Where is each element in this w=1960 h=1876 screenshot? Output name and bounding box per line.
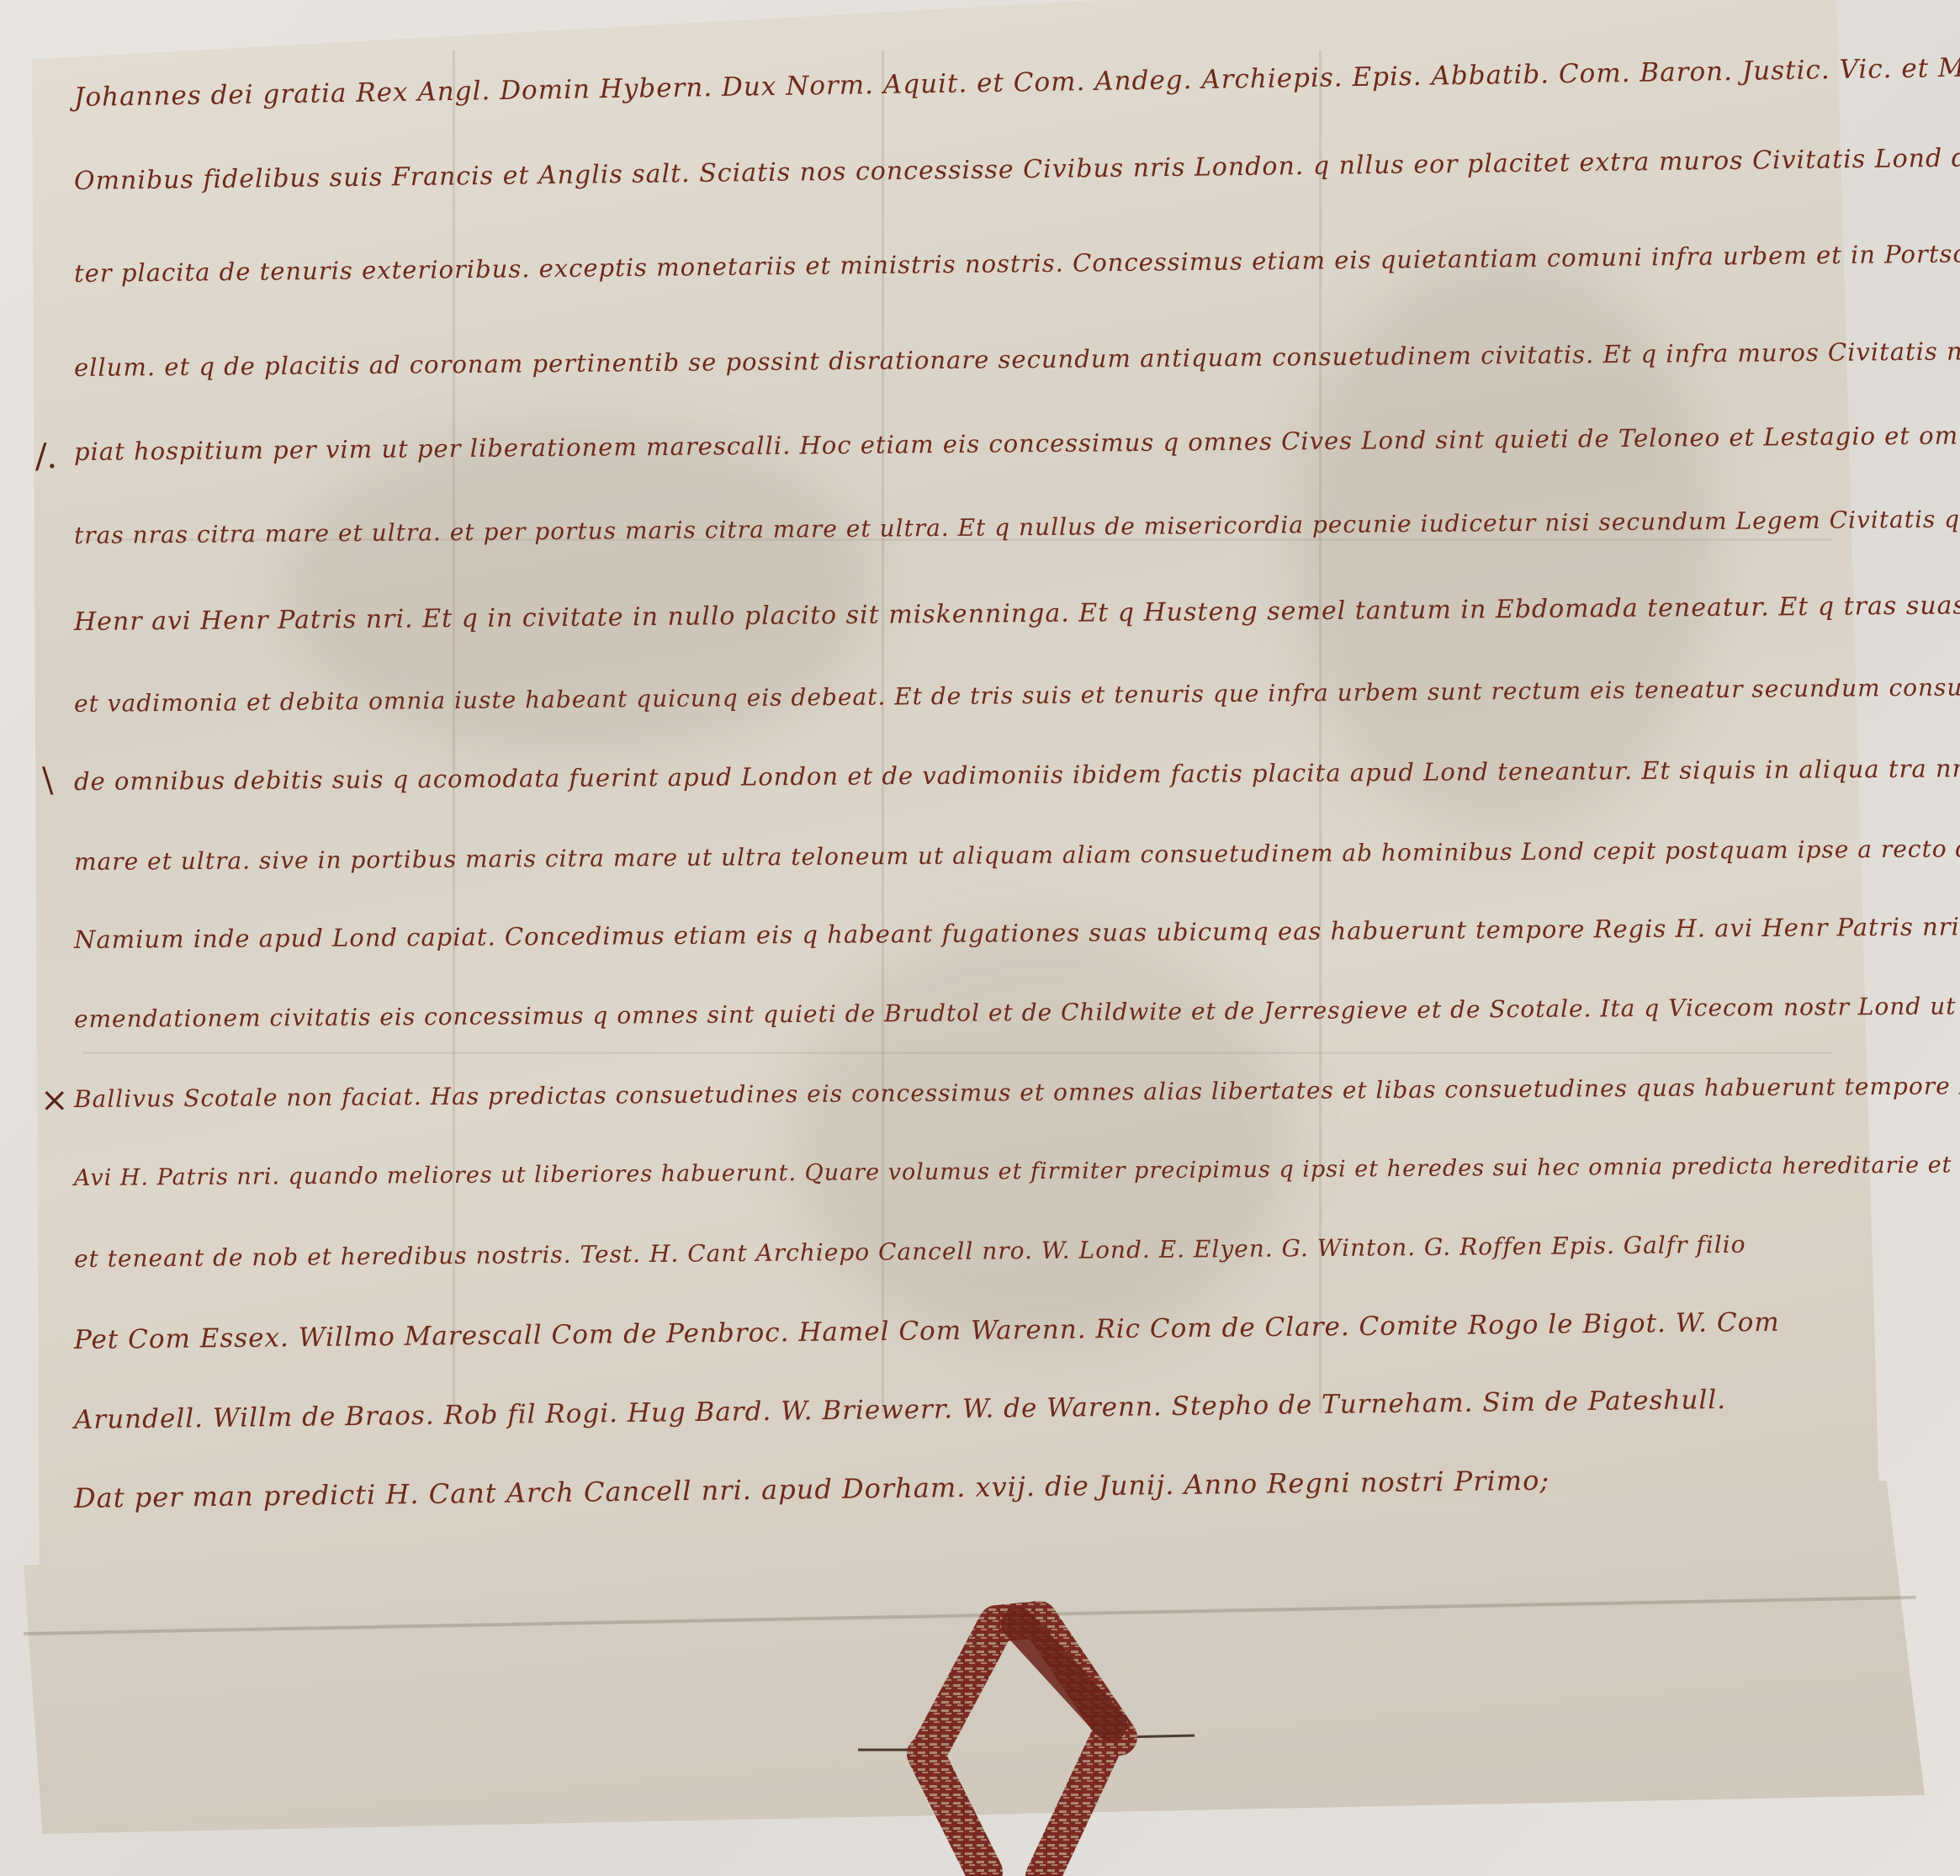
margin-mark: × — [40, 1081, 69, 1120]
margin-mark: /. — [35, 437, 57, 476]
fold-line — [82, 1052, 1832, 1054]
seal-cord-icon — [799, 1582, 1237, 1876]
margin-mark: \ — [42, 761, 53, 800]
stain — [789, 925, 1294, 1346]
